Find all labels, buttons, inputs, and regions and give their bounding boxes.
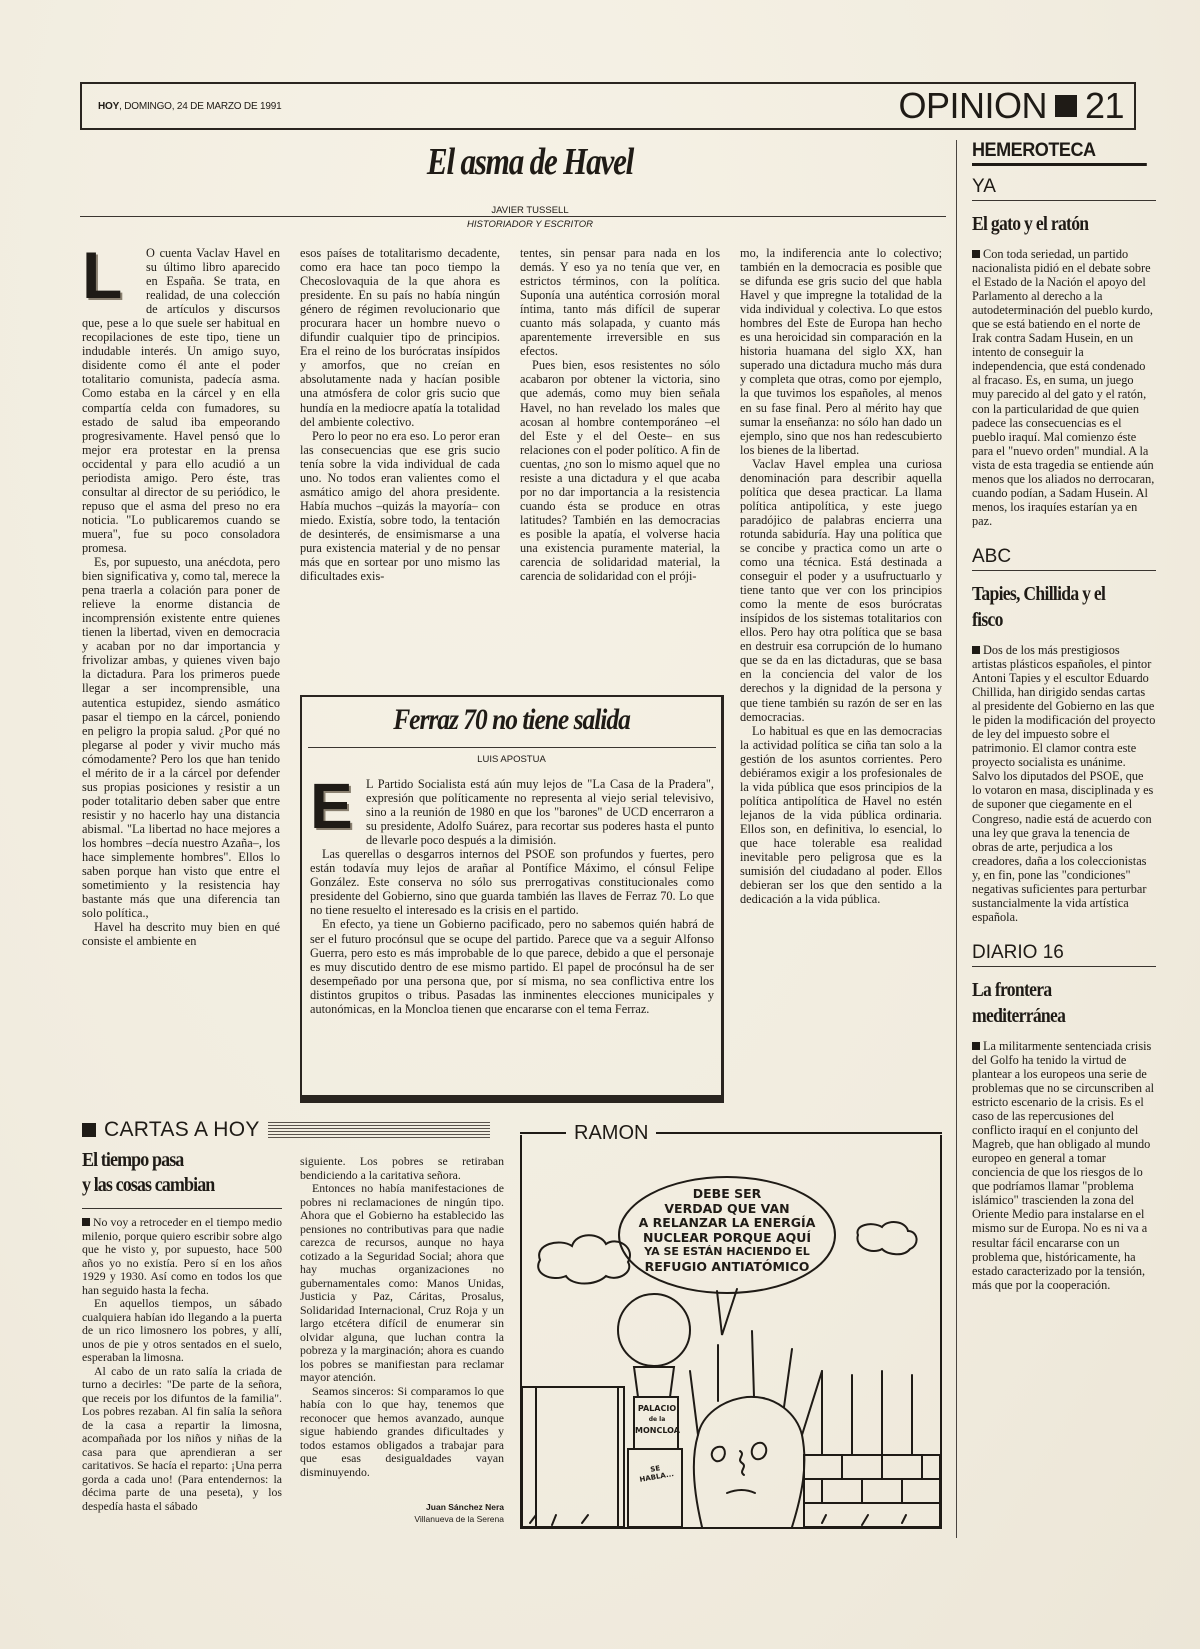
boxed-article-body: EL Partido Socialista está aún muy lejos… (310, 777, 714, 1016)
paragraph-text: L Partido Socialista está aún muy lejos … (366, 777, 714, 847)
paragraph: Seamos sinceros: Si comparamos lo que ha… (300, 1385, 504, 1480)
paragraph: Al cabo de un rato salía la criada de tu… (82, 1365, 282, 1514)
press-source: DIARIO 16 (972, 942, 1156, 967)
decorative-lines (268, 1122, 490, 1138)
letters-section-label: CARTAS A HOY (104, 1118, 260, 1142)
speech-line: REFUGIO ANTIATÓMICO (622, 1260, 832, 1275)
press-source: YA (972, 176, 1156, 201)
speech-bubble-text: DEBE SER VERDAD QUE VAN A RELANZAR LA EN… (622, 1187, 832, 1274)
square-bullet-icon (972, 646, 980, 654)
boxed-article-author: LUIS APOSTUA (302, 754, 721, 765)
sign-line: PALACIO (635, 1403, 679, 1414)
title-rule (82, 1208, 282, 1209)
column-divider (956, 140, 957, 1538)
paragraph: Entonces no había manifestaciones de pob… (300, 1182, 504, 1385)
letter-signature-place: Villanueva de la Serena (300, 1514, 504, 1524)
page-number: 21 (1085, 85, 1124, 127)
paragraph: Havel ha descrito muy bien en qué consis… (82, 920, 280, 948)
press-summary: Con toda seriedad, un partido nacionalis… (972, 247, 1156, 528)
article-column-1: LO cuenta Vaclav Havel en su último libr… (82, 246, 280, 948)
press-summary: Dos de los más prestigiosos artistas plá… (972, 643, 1156, 924)
rule (656, 1132, 942, 1134)
palace-sign: PALACIO de la MONCLOA (635, 1403, 679, 1436)
article-title: El asma de Havel (341, 140, 718, 184)
square-bullet-icon (972, 250, 980, 258)
paragraph: Las querellas o desgarros internos del P… (310, 847, 714, 917)
title-rule (308, 747, 716, 748)
article-column-2: esos países de totalitarismo decadente, … (300, 246, 500, 583)
paragraph: LO cuenta Vaclav Havel en su último libr… (82, 246, 280, 555)
title-rule (80, 216, 946, 217)
dropcap: L (82, 249, 138, 305)
article-column-3: tentes, sin pensar para nada en los demá… (520, 246, 720, 583)
letter-column-2: siguiente. Los pobres se retiraban bendi… (300, 1155, 504, 1479)
letters-section-header: CARTAS A HOY (82, 1115, 490, 1145)
letter-title: El tiempo pasa y las cosas cambian (82, 1148, 262, 1198)
section-name: OPINION (898, 85, 1047, 127)
sign-line: de la (635, 1414, 679, 1425)
speech-line: NUCLEAR PORQUE AQUÍ (622, 1231, 832, 1246)
press-summary: La militarmente sentenciada crisis del G… (972, 1039, 1156, 1292)
section-label: OPINION 21 (898, 85, 1134, 127)
paragraph: mo, la indiferencia ante lo colectivo; t… (740, 246, 942, 457)
paragraph: siguiente. Los pobres se retiraban bendi… (300, 1155, 504, 1182)
letter-column-1: No voy a retroceder en el tiempo medio m… (82, 1216, 282, 1513)
paragraph: En aquellos tiempos, un sábado cualquier… (82, 1297, 282, 1365)
article-author-role: HISTORIADOR Y ESCRITOR (300, 219, 760, 230)
header-date: HOY, DOMINGO, 24 DE MARZO DE 1991 (82, 101, 281, 112)
square-bullet-icon (972, 1042, 980, 1050)
sidebar-title: HEMEROTECA (972, 140, 1147, 166)
page-header: HOY, DOMINGO, 24 DE MARZO DE 1991 OPINIO… (80, 82, 1136, 130)
summary-text: La militarmente sentenciada crisis del G… (972, 1039, 1154, 1292)
square-bullet-icon (82, 1123, 96, 1137)
letter-title-line: y las cosas cambian (82, 1173, 262, 1198)
paragraph: Pues bien, esos resistentes no sólo acab… (520, 358, 720, 583)
letter-signature-name: Juan Sánchez Nera (300, 1502, 504, 1512)
summary-text: Con toda seriedad, un partido nacionalis… (972, 247, 1154, 528)
paragraph: tentes, sin pensar para nada en los demá… (520, 246, 720, 358)
paragraph: EL Partido Socialista está aún muy lejos… (310, 777, 714, 847)
letter-title-line: El tiempo pasa (82, 1148, 262, 1173)
article-column-4: mo, la indiferencia ante lo colectivo; t… (740, 246, 942, 906)
speech-line: VERDAD QUE VAN (622, 1202, 832, 1217)
paragraph: esos países de totalitarismo decadente, … (300, 246, 500, 429)
speech-line: A RELANZAR LA ENERGÍA (622, 1216, 832, 1231)
press-headline: El gato y el ratón (972, 211, 1134, 237)
paragraph: Vaclav Havel emplea una curiosa denomina… (740, 457, 942, 724)
cartoon-panel: DEBE SER VERDAD QUE VAN A RELANZAR LA EN… (520, 1135, 942, 1529)
paragraph-text: No voy a retroceder en el tiempo medio m… (82, 1215, 282, 1297)
summary-text: Dos de los más prestigiosos artistas plá… (972, 643, 1155, 924)
press-source: ABC (972, 546, 1156, 571)
dropcap: E (310, 780, 356, 836)
paragraph: No voy a retroceder en el tiempo medio m… (82, 1216, 282, 1297)
speech-line: DEBE SER (622, 1187, 832, 1202)
hemeroteca-sidebar: HEMEROTECA YA El gato y el ratón Con tod… (972, 140, 1156, 1292)
square-bullet-icon (1055, 95, 1077, 117)
boxed-article-title: Ferraz 70 no tiene salida (333, 703, 689, 737)
sign-line: MONCLOA (635, 1425, 679, 1436)
issue-date: , DOMINGO, 24 DE MARZO DE 1991 (119, 101, 281, 112)
paper-name: HOY (98, 101, 119, 112)
paragraph: Lo habitual es que en las democracias la… (740, 724, 942, 907)
paragraph: Pero lo peor no era eso. Lo peror eran l… (300, 429, 500, 584)
press-headline: La frontera mediterránea (972, 977, 1134, 1029)
boxed-article: Ferraz 70 no tiene salida LUIS APOSTUA E… (300, 695, 724, 1103)
press-headline: Tapies, Chillida y el fisco (972, 581, 1134, 633)
rule (520, 1132, 566, 1134)
article-author: JAVIER TUSSELL (300, 205, 760, 216)
paragraph: En efecto, ya tiene un Gobierno pacifica… (310, 917, 714, 1015)
newspaper-page: HOY, DOMINGO, 24 DE MARZO DE 1991 OPINIO… (0, 0, 1200, 1649)
speech-line: YA SE ESTÁN HACIENDO EL (622, 1245, 832, 1260)
square-bullet-icon (82, 1218, 90, 1226)
paragraph: Es, por supuesto, una anécdota, pero bie… (82, 555, 280, 920)
